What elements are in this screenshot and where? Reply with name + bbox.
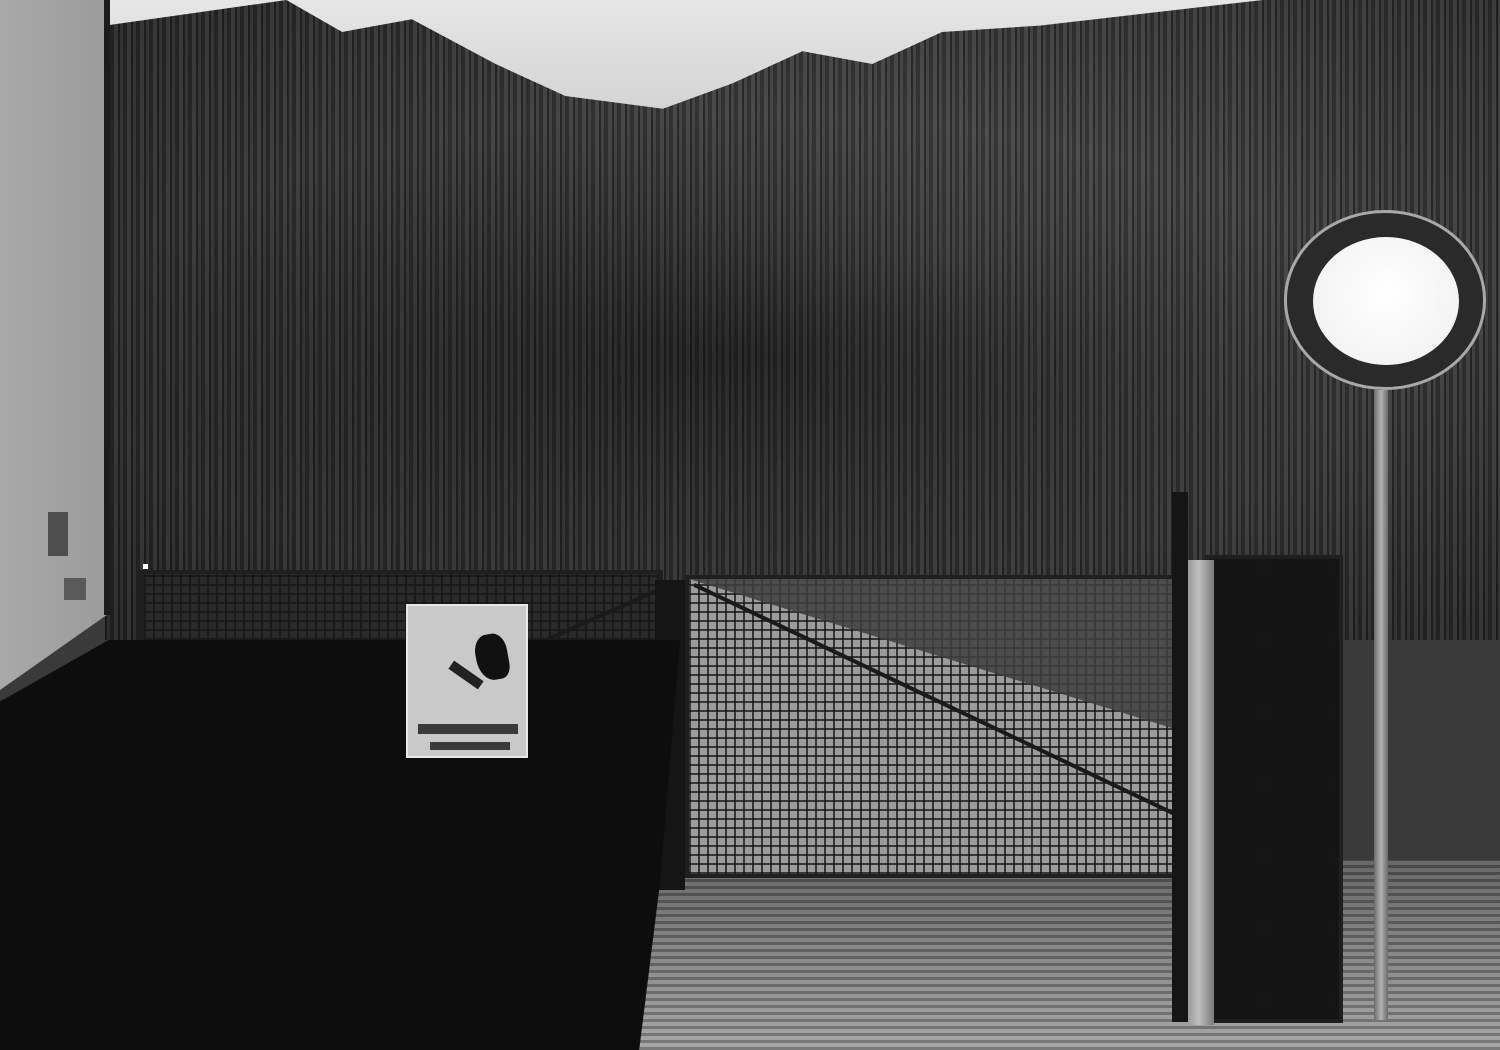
wall-plate	[64, 578, 86, 600]
sign-face	[1313, 237, 1459, 365]
building-wall	[0, 0, 108, 690]
hand-warning-icon	[472, 632, 512, 683]
light-reflection	[143, 564, 148, 569]
photo-scene	[0, 0, 1500, 1050]
warning-text-line-2	[430, 742, 510, 750]
fence-post-light	[1188, 560, 1214, 1025]
gate-post-right	[1172, 492, 1188, 1022]
building-edge	[104, 0, 110, 615]
building-shadow	[0, 640, 680, 1050]
fence-panel-right	[1205, 555, 1343, 1023]
prohibition-sign-icon	[1284, 210, 1486, 390]
warning-text-line-1	[418, 724, 518, 734]
wall-fixture	[48, 512, 68, 556]
sign-pole	[1374, 390, 1388, 1020]
warning-sign	[406, 604, 528, 758]
